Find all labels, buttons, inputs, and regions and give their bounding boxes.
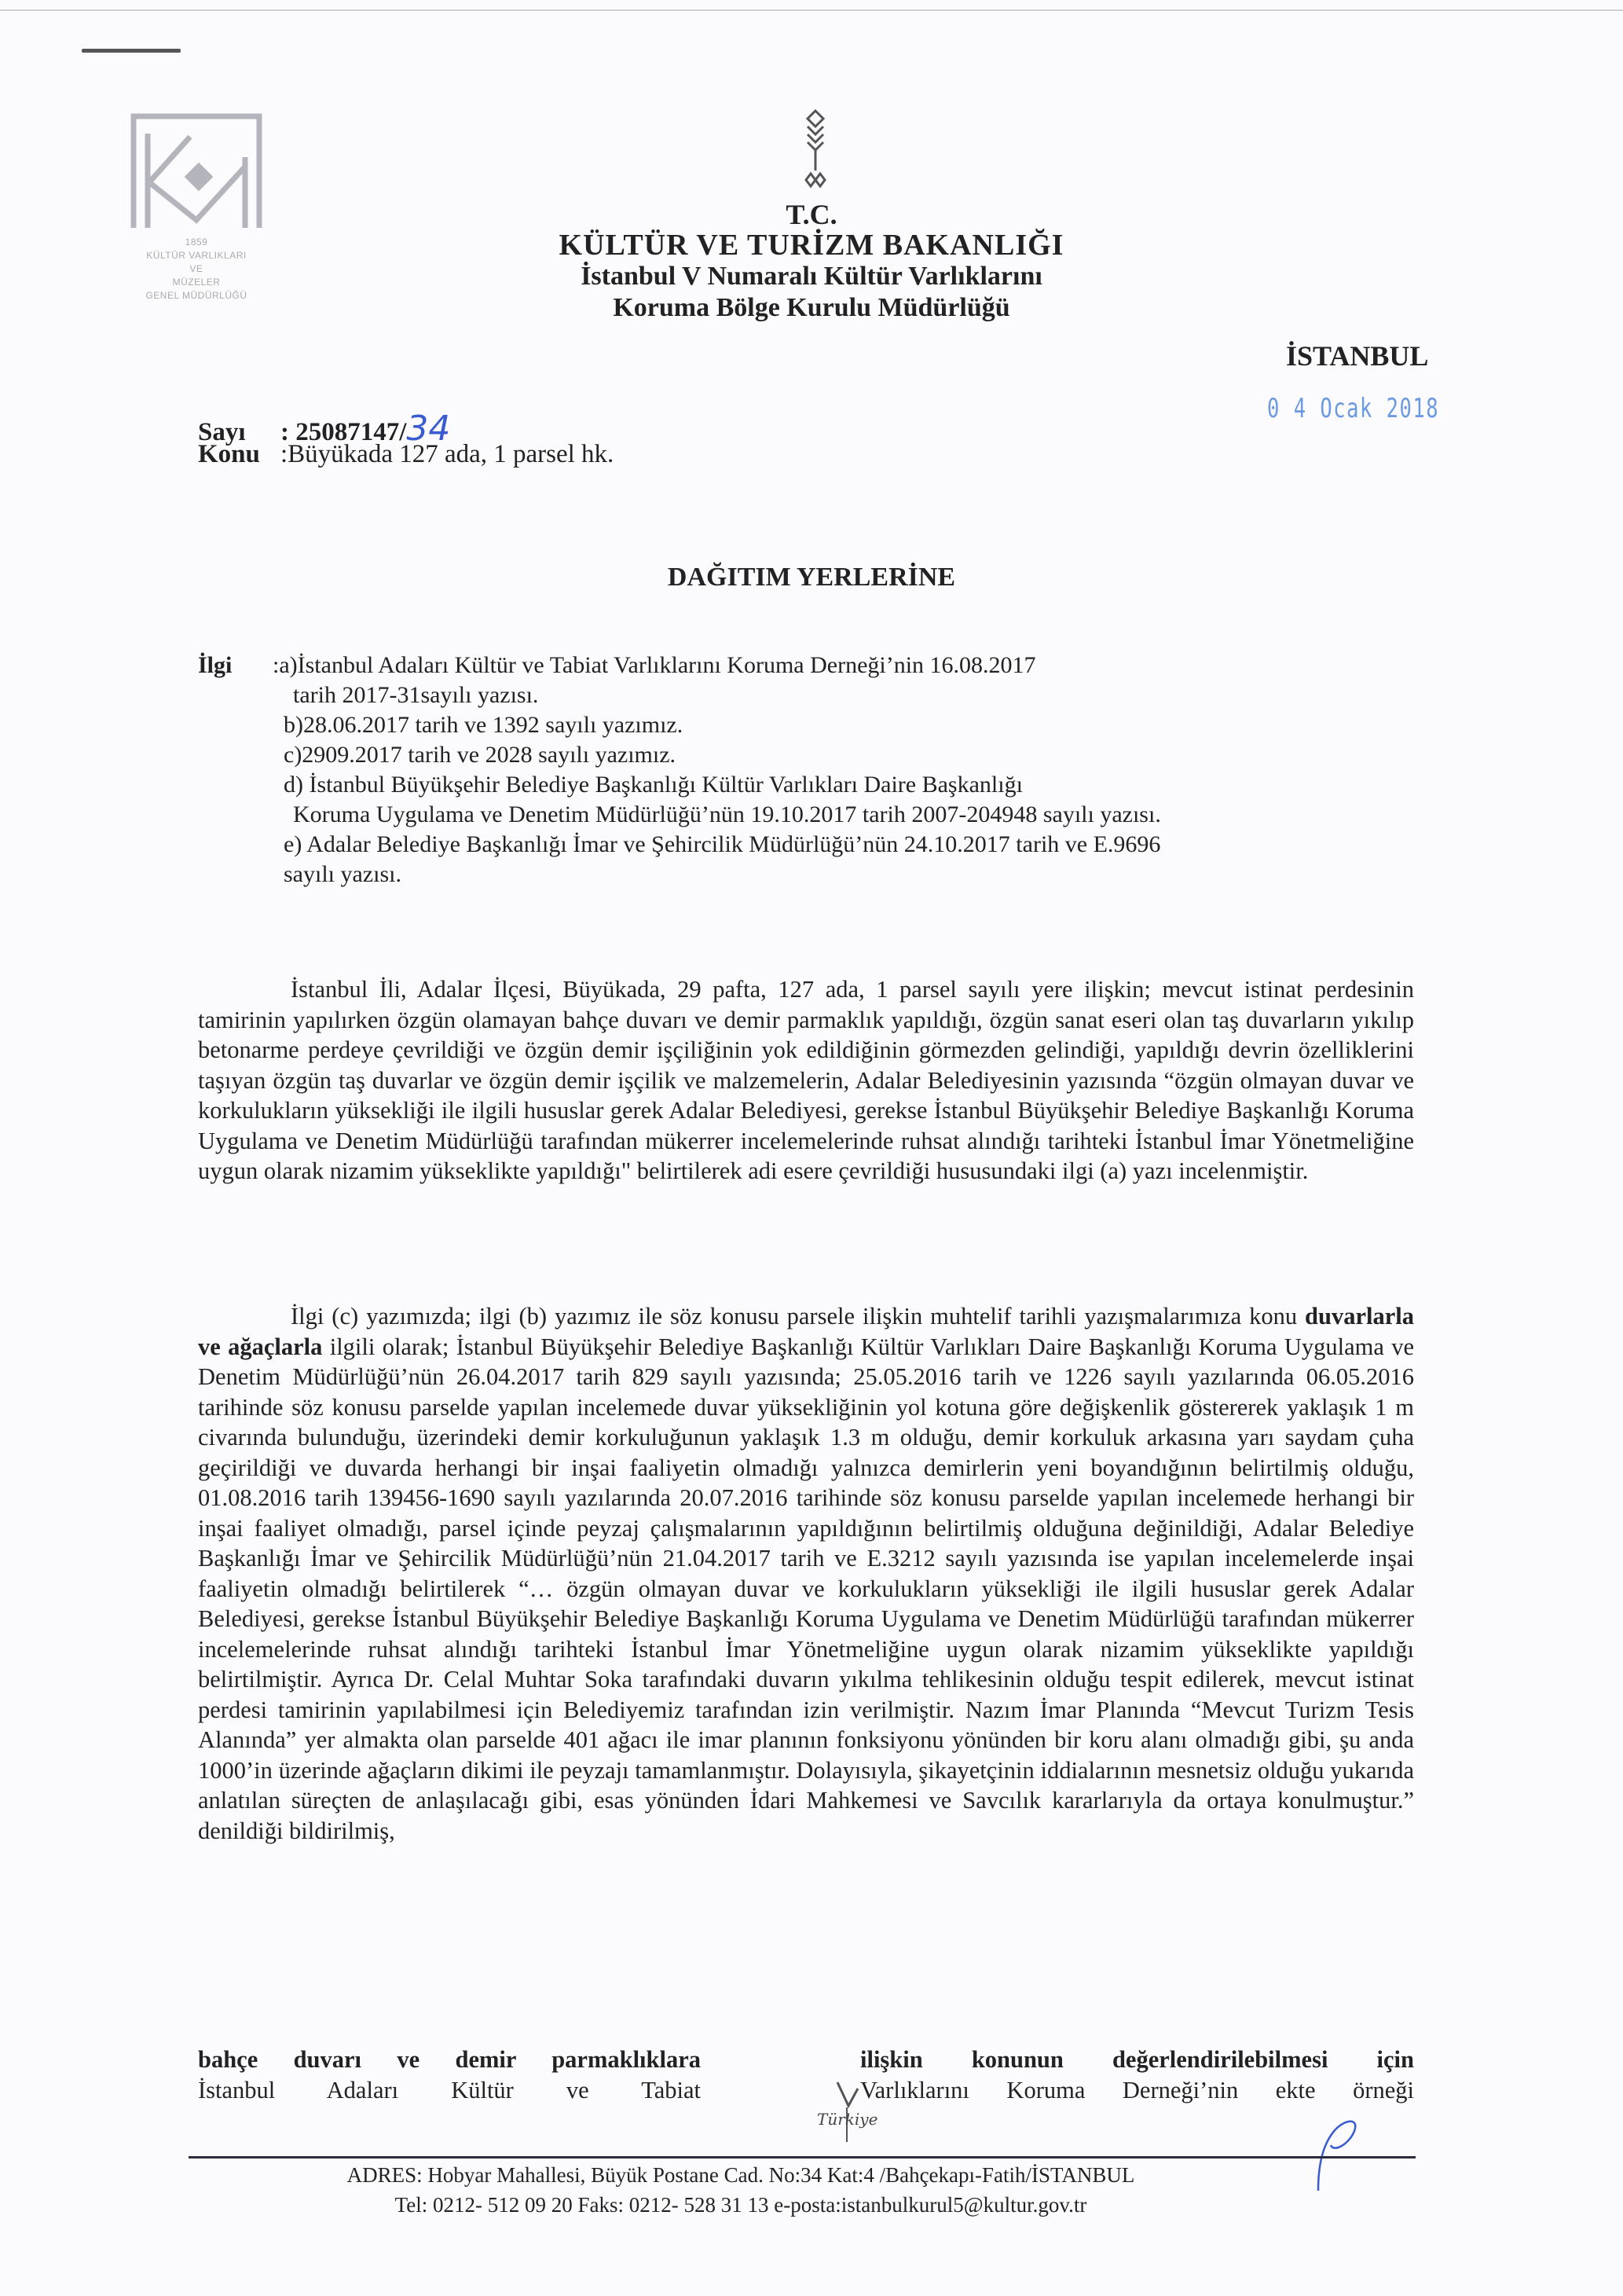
ilgi-list: :a)İstanbul Adaları Kültür ve Tabiat Var…	[273, 651, 1451, 889]
paragraph-2-post: ilgili olarak; İstanbul Büyükşehir Beled…	[198, 1333, 1414, 1844]
footer-address: ADRES: Hobyar Mahallesi, Büyük Postane C…	[0, 2162, 1552, 2188]
svg-text:Türkiye: Türkiye	[817, 2110, 877, 2129]
konu-row: Konu:Büyükada 127 ada, 1 parsel hk.	[198, 440, 614, 469]
scan-edge-line	[0, 9, 1623, 11]
konu-label: Konu	[198, 440, 280, 469]
footer-contact: Tel: 0212- 512 09 20 Faks: 0212- 528 31 …	[0, 2192, 1552, 2217]
ilgi-item: Koruma Uygulama ve Denetim Müdürlüğü’nün…	[273, 800, 1451, 830]
paragraph-2-pre: İlgi (c) yazımızda; ilgi (b) yazımız ile…	[291, 1303, 1305, 1330]
ilgi-item: c)2909.2017 tarih ve 2028 sayılı yazımız…	[273, 740, 1451, 770]
closing-left-2: İstanbul Adaları Kültür ve Tabiat	[198, 2075, 701, 2106]
header-directorate: Koruma Bölge Kurulu Müdürlüğü	[0, 293, 1623, 323]
paragraph-2: İlgi (c) yazımızda; ilgi (b) yazımız ile…	[198, 1301, 1414, 1846]
closing-lines: bahçe duvarı ve demir parmaklıklara iliş…	[198, 2045, 1414, 2105]
ilgi-item: d) İstanbul Büyükşehir Belediye Başkanlı…	[273, 770, 1451, 800]
ilgi-item: e) Adalar Belediye Başkanlığı İmar ve Şe…	[273, 830, 1451, 860]
ilgi-label: İlgi	[198, 651, 232, 680]
closing-right-1: ilişkin konunun değerlendirilebilmesi iç…	[860, 2045, 1414, 2075]
recipients-heading: DAĞITIM YERLERİNE	[0, 563, 1623, 592]
ilgi-item: :a)İstanbul Adaları Kültür ve Tabiat Var…	[273, 651, 1451, 680]
ilgi-item: sayılı yazısı.	[273, 860, 1451, 889]
closing-left-1: bahçe duvarı ve demir parmaklıklara	[198, 2045, 701, 2075]
header-tc: T.C.	[0, 198, 1623, 231]
konu-value: :Büyükada 127 ada, 1 parsel hk.	[280, 440, 614, 468]
ilgi-item: b)28.06.2017 tarih ve 1392 sayılı yazımı…	[273, 710, 1451, 740]
knot-emblem-icon	[800, 108, 831, 196]
footer-divider	[189, 2156, 1416, 2158]
punch-mark	[82, 49, 181, 53]
paragraph-1: İstanbul İli, Adalar İlçesi, Büyükada, 2…	[198, 974, 1414, 1187]
header-regional-office: İstanbul V Numaralı Kültür Varlıklarını	[0, 262, 1623, 292]
ilgi-item: tarih 2017-31sayılı yazısı.	[273, 680, 1451, 710]
city-label: İSTANBUL	[1286, 339, 1428, 372]
turkiye-brand-icon: Türkiye	[809, 2081, 896, 2144]
date-stamp: 0 4 Ocak 2018	[1267, 393, 1439, 424]
closing-right-2: Varlıklarını Koruma Derneği’nin ekte örn…	[860, 2075, 1414, 2106]
header-ministry: KÜLTÜR VE TURİZM BAKANLIĞI	[0, 228, 1623, 262]
